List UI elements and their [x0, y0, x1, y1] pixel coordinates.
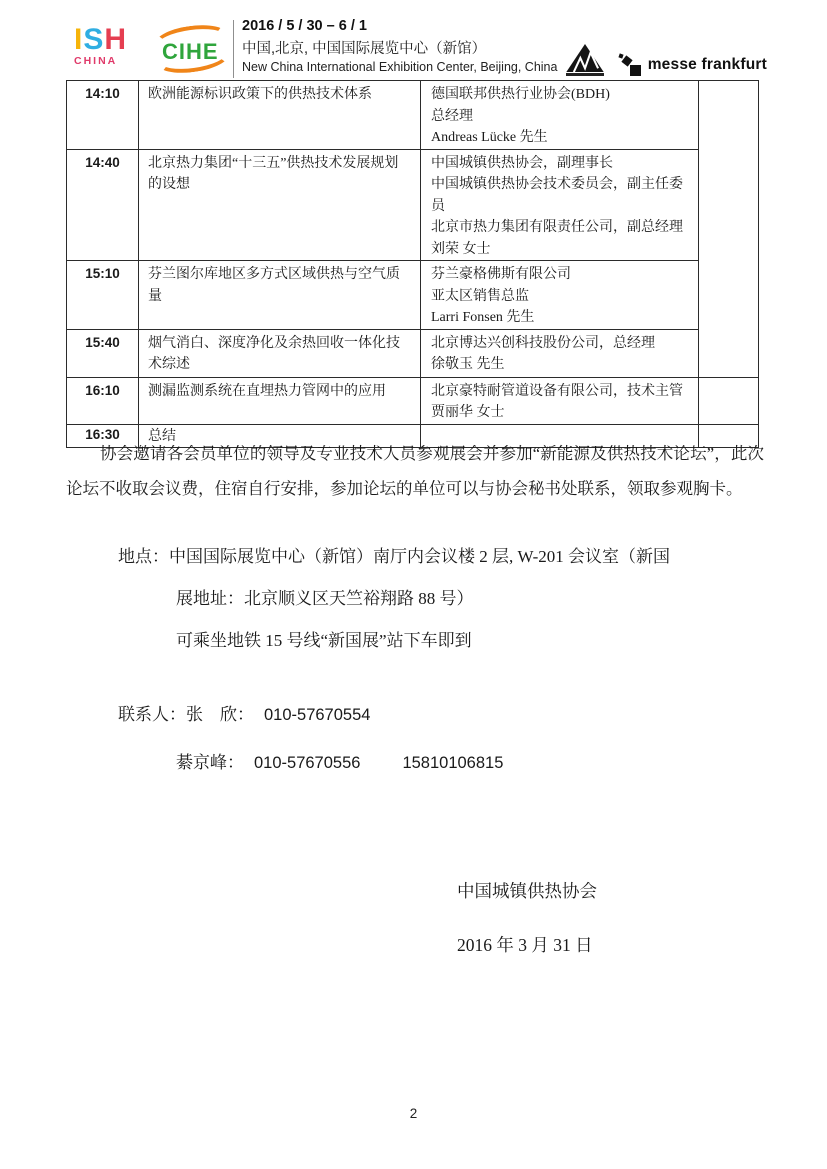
mountain-triangle-icon [566, 44, 604, 72]
location-line-1: 地点：中国国际展览中心（新馆）南厅内会议楼 2 层, W-201 会议室（新国 [66, 536, 776, 578]
speaker-cell: 德国联邦供热行业协会(BDH) 总经理 Andreas Lücke 先生 [421, 81, 699, 150]
topic-cell: 欧洲能源标识政策下的供热技术体系 [139, 81, 421, 150]
messe-frankfurt-label: messe frankfurt [648, 56, 767, 74]
time-cell: 15:40 [67, 329, 139, 377]
contact-line-1: 联系人：张 欣：010-57670554 [66, 700, 766, 730]
location-line-2: 展地址：北京顺义区天竺裕翔路 88 号） [66, 578, 776, 620]
header-divider [233, 20, 234, 78]
mf-cube-big [630, 65, 641, 76]
contact-phone-2: 010-57670556 [254, 754, 360, 772]
mf-cube-small [618, 53, 623, 58]
topic-cell: 北京热力集团“十三五”供热技术发展规划的设想 [139, 149, 421, 261]
contact-name-2: 綦京峰： [176, 753, 244, 772]
header-right-logos: messe frankfurt [565, 44, 767, 76]
time-cell: 15:10 [67, 261, 139, 330]
host-cell [699, 81, 759, 378]
document-page: ISH CHINA CIHE 2016 / 5 / 30 – 6 / 1 中国,… [0, 0, 827, 1169]
mountain-logo-caption [566, 73, 604, 76]
signature-organization: 中国城镇供热协会 [457, 878, 597, 903]
agenda-table: 14:10 欧洲能源标识政策下的供热技术体系 德国联邦供热行业协会(BDH) 总… [66, 80, 759, 448]
speaker-cell: 芬兰豪格佛斯有限公司 亚太区销售总监 Larri Fonsen 先生 [421, 261, 699, 330]
contacts-block: 联系人：张 欣：010-57670554 綦京峰：010-57670556158… [66, 700, 766, 778]
speaker-cell: 中国城镇供热协会，副理事长 中国城镇供热协会技术委员会，副主任委员 北京市热力集… [421, 149, 699, 261]
location-block: 地点：中国国际展览中心（新馆）南厅内会议楼 2 层, W-201 会议室（新国 … [66, 536, 776, 662]
cihe-logo: CIHE [154, 28, 232, 74]
messe-frankfurt-logo: messe frankfurt [619, 54, 767, 76]
time-cell: 16:10 [67, 377, 139, 424]
signature-date: 2016 年 3 月 31 日 [457, 932, 597, 957]
mountain-logo-icon [565, 44, 605, 76]
event-venue-cn: 中国,北京, 中国国际展览中心（新馆） [242, 37, 557, 58]
ish-china-label: CHINA [74, 55, 150, 67]
ish-letter-i: I [74, 23, 83, 56]
agenda-row: 14:40 北京热力集团“十三五”供热技术发展规划的设想 中国城镇供热协会，副理… [67, 149, 759, 261]
speaker-cell: 北京豪特耐管道设备有限公司，技术主管 贾丽华 女士 [421, 377, 699, 424]
topic-cell: 测漏监测系统在直埋热力管网中的应用 [139, 377, 421, 424]
ish-letter-s: S [83, 23, 104, 56]
time-cell: 14:10 [67, 81, 139, 150]
page-header: ISH CHINA CIHE 2016 / 5 / 30 – 6 / 1 中国,… [66, 16, 767, 80]
contact-line-2: 綦京峰：010-5767055615810106815 [66, 748, 766, 778]
contact-phone-1: 010-57670554 [264, 706, 370, 724]
topic-cell: 烟气消白、深度净化及余热回收一体化技术综述 [139, 329, 421, 377]
agenda-row: 16:10 测漏监测系统在直埋热力管网中的应用 北京豪特耐管道设备有限公司，技术… [67, 377, 759, 424]
host-cell [699, 377, 759, 424]
ish-letter-h: H [104, 23, 127, 56]
contact-phone-3: 15810106815 [402, 754, 503, 772]
ish-china-logo: ISH CHINA [74, 26, 150, 67]
ish-logo-text: ISH [74, 26, 150, 54]
speaker-cell: 北京博达兴创科技股份公司，总经理 徐敬玉 先生 [421, 329, 699, 377]
intro-paragraph: 协会邀请各会员单位的领导及专业技术人员参观展会并参加“新能源及供热技术论坛”，此… [66, 436, 764, 506]
messe-frankfurt-icon [619, 54, 641, 76]
agenda-row: 15:10 芬兰图尔库地区多方式区域供热与空气质量 芬兰豪格佛斯有限公司 亚太区… [67, 261, 759, 330]
header-event-info: 2016 / 5 / 30 – 6 / 1 中国,北京, 中国国际展览中心（新馆… [242, 18, 557, 74]
agenda-row: 14:10 欧洲能源标识政策下的供热技术体系 德国联邦供热行业协会(BDH) 总… [67, 81, 759, 150]
event-venue-en: New China International Exhibition Cente… [242, 60, 557, 74]
topic-cell: 芬兰图尔库地区多方式区域供热与空气质量 [139, 261, 421, 330]
event-date: 2016 / 5 / 30 – 6 / 1 [242, 18, 557, 34]
contact-label: 联系人：张 欣： [118, 705, 254, 724]
time-cell: 14:40 [67, 149, 139, 261]
signature-block: 中国城镇供热协会 2016 年 3 月 31 日 [457, 878, 597, 957]
location-line-3: 可乘坐地铁 15 号线“新国展”站下车即到 [66, 620, 776, 662]
page-number: 2 [0, 1106, 827, 1121]
agenda-row: 15:40 烟气消白、深度净化及余热回收一体化技术综述 北京博达兴创科技股份公司… [67, 329, 759, 377]
